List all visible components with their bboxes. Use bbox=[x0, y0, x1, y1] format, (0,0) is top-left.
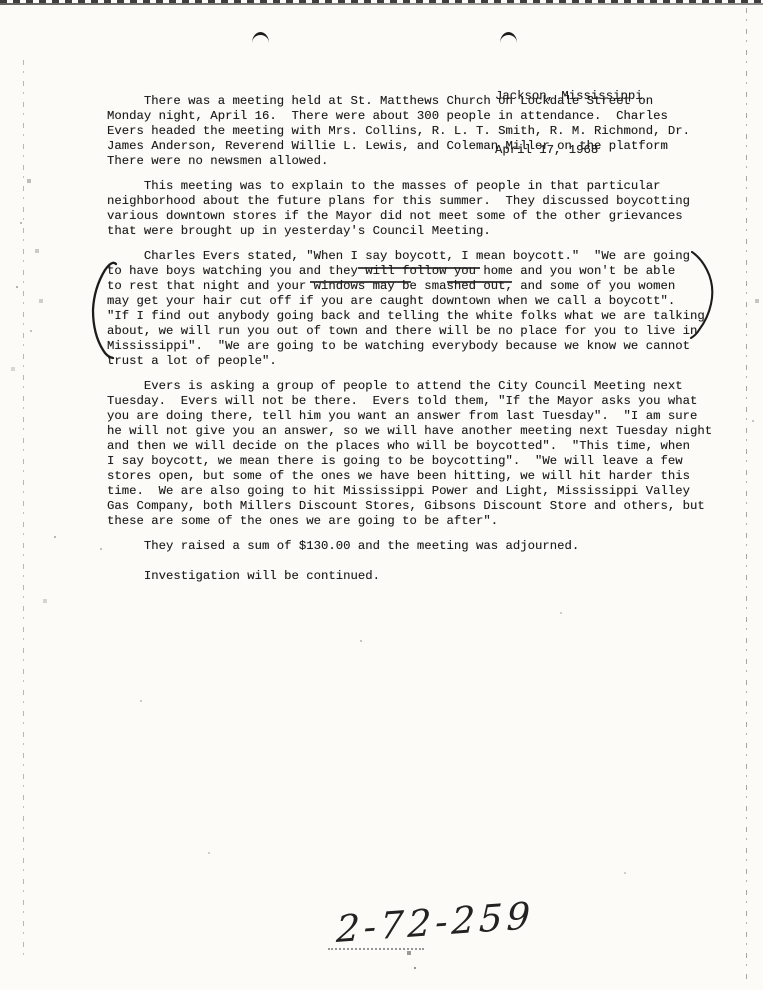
document-page: Jackson, Mississippi April 17, 1968 Ther… bbox=[0, 0, 763, 990]
scan-noise bbox=[0, 0, 2, 2]
paragraph-investigation: Investigation will be continued. bbox=[107, 569, 757, 584]
memo-body: There was a meeting held at St. Matthews… bbox=[107, 94, 757, 594]
underline-mark-mean-boycott bbox=[358, 267, 480, 269]
binder-arc-mark bbox=[252, 32, 269, 43]
right-parenthesis-mark bbox=[686, 250, 720, 347]
paragraph-meeting-held: There was a meeting held at St. Matthews… bbox=[107, 94, 757, 169]
handwritten-baseline-mark bbox=[328, 948, 424, 950]
paragraph-sum-raised: They raised a sum of $130.00 and the mee… bbox=[107, 539, 757, 554]
handwritten-file-number: 2-72-259 bbox=[335, 894, 534, 952]
underline-mark-home-and bbox=[447, 281, 512, 283]
binder-arc-mark bbox=[500, 32, 517, 43]
scan-left-edge-line bbox=[23, 60, 24, 960]
left-parenthesis-mark bbox=[88, 258, 120, 367]
paragraph-council-meeting: Evers is asking a group of people to att… bbox=[107, 379, 757, 529]
scan-top-edge-line bbox=[0, 3, 763, 5]
underline-mark-will-follow bbox=[310, 281, 411, 283]
paragraph-meeting-purpose: This meeting was to explain to the masse… bbox=[107, 179, 757, 239]
